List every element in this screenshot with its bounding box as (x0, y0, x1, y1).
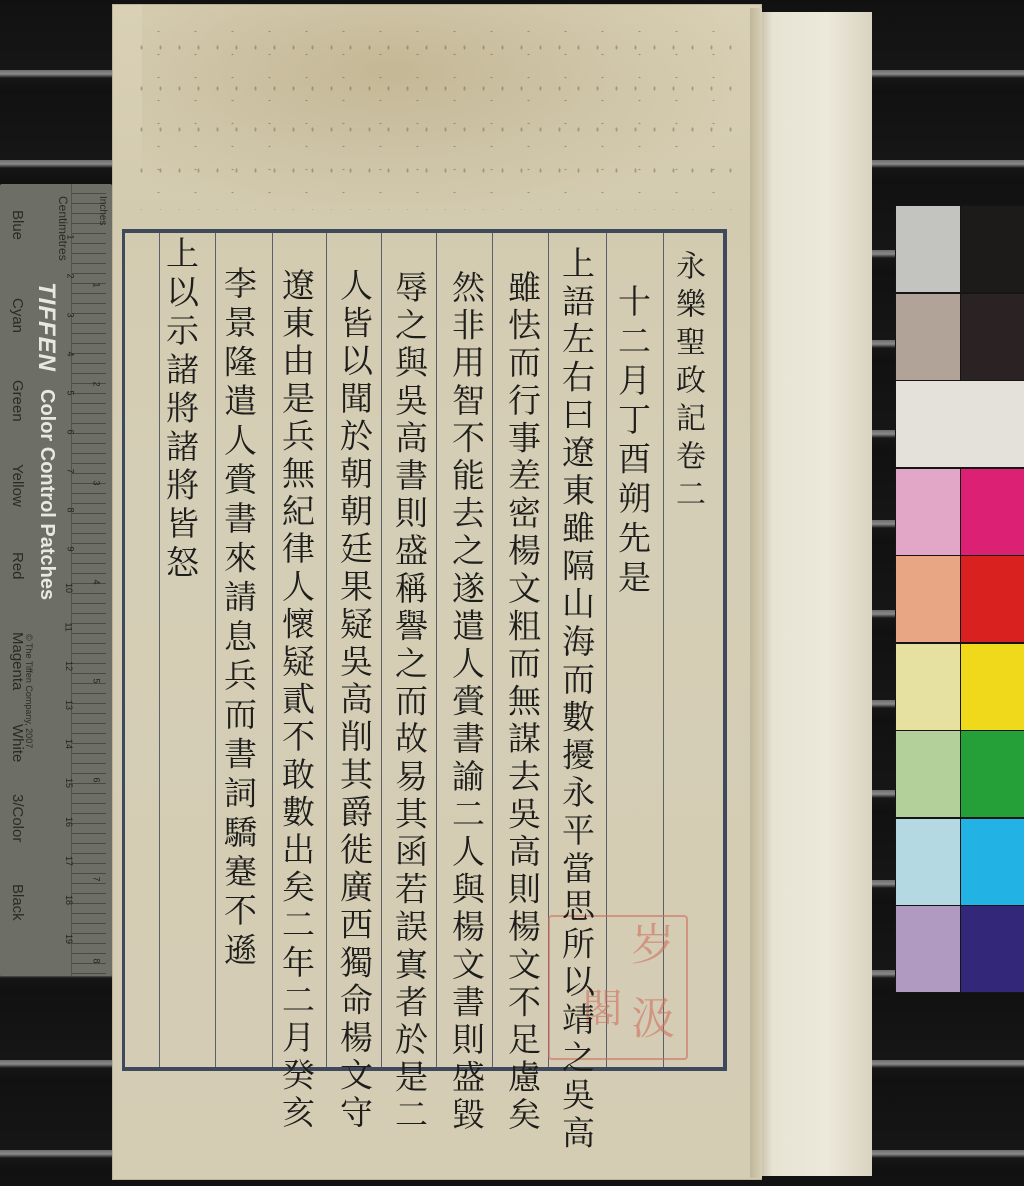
cm-tick: 3 (66, 312, 76, 317)
cm-tick: 13 (64, 700, 74, 710)
column-rule (215, 233, 216, 1067)
column-rule (326, 233, 327, 1067)
color-patch (895, 555, 961, 643)
label-red: Red (9, 552, 26, 580)
color-patch (960, 205, 1024, 293)
cm-tick: 7 (66, 468, 76, 473)
label-black: Black (9, 884, 26, 921)
color-patch-strip (893, 205, 1024, 995)
label-white: White (9, 724, 26, 762)
tiffen-color-card: Inches Centimetres TIFFEN Color Control … (0, 184, 112, 976)
text-column-6: 人皆以聞於朝朝廷果疑吳高削其爵徙廣西獨命楊文守 (338, 268, 371, 1133)
inch-tick: 4 (92, 579, 102, 584)
inch-tick: 7 (92, 876, 102, 881)
cm-tick: 14 (64, 739, 74, 749)
inch-tick: 6 (92, 777, 102, 782)
label-yellow: Yellow (9, 464, 26, 507)
color-patch (960, 293, 1024, 381)
color-patch (895, 205, 961, 293)
inch-tick: 5 (92, 678, 102, 683)
label-green: Green (9, 380, 26, 422)
color-patch (960, 905, 1024, 993)
label-cyan: Cyan (9, 298, 26, 333)
cm-tick: 1 (66, 234, 76, 239)
color-patch (895, 468, 961, 556)
column-rule (159, 233, 160, 1067)
text-column-8: 李景隆遣人賫書來請息兵而書詞驕蹇不遜 (222, 266, 255, 972)
cm-tick: 16 (64, 817, 74, 827)
cm-tick: 19 (64, 934, 74, 944)
column-rule (272, 233, 273, 1067)
cm-tick: 9 (66, 546, 76, 551)
color-patch (895, 818, 961, 906)
text-column-5: 辱之與吳高書則盛稱譽之而故易其函若誤寘者於是二 (393, 270, 426, 1135)
cm-tick: 11 (64, 622, 74, 631)
brand-logo: TIFFEN (32, 282, 60, 372)
text-column-4: 然非用智不能去之遂遣人賫書諭二人與楊文書則盛毀 (450, 270, 483, 1135)
color-patch (895, 293, 961, 381)
book-spine (762, 12, 872, 1176)
color-patch (895, 380, 1024, 468)
inch-tick: 8 (92, 958, 102, 963)
cm-tick: 18 (64, 895, 74, 905)
column-rule (492, 233, 493, 1067)
text-column-2: 上語左右曰遼東雖隔山海而數擾永平當思所以靖之吳高 (560, 246, 593, 1153)
text-column-1: 十二月丁酉朔先是 (616, 284, 649, 599)
inch-tick: 2 (92, 381, 102, 386)
cm-tick: 2 (66, 273, 76, 278)
color-patch (895, 643, 961, 731)
label-blue: Blue (9, 210, 26, 240)
cm-tick: 6 (66, 429, 76, 434)
cm-tick: 10 (64, 583, 74, 593)
color-patch (960, 468, 1024, 556)
inches-label: Inches (97, 196, 108, 225)
card-title: Color Control Patches (35, 389, 58, 600)
label-magenta: Magenta (9, 632, 26, 690)
inch-tick: 3 (92, 480, 102, 485)
text-column-9: 上以示諸將諸將皆怒 (164, 236, 197, 583)
text-column-3: 雖怯而行事差密楊文粗而無謀去吳高則楊文不足慮矣 (506, 270, 539, 1135)
text-column-7: 遼東由是兵無紀律人懷疑貳不敢數出矣二年二月癸亥 (280, 268, 313, 1133)
cm-tick: 17 (64, 856, 74, 866)
color-patch (960, 555, 1024, 643)
cm-tick: 5 (66, 390, 76, 395)
label-3color: 3/Color (9, 794, 26, 842)
cm-tick: 15 (64, 778, 74, 788)
column-rule (381, 233, 382, 1067)
cm-tick: 8 (66, 507, 76, 512)
column-rule (436, 233, 437, 1067)
seal-char: 岁 (616, 921, 680, 965)
centimetres-label: Centimetres (56, 196, 70, 261)
color-patch (895, 730, 961, 818)
color-patch (960, 643, 1024, 731)
color-patch (960, 730, 1024, 818)
page-edge (750, 8, 762, 1178)
cm-tick: 4 (66, 351, 76, 356)
color-patch (960, 818, 1024, 906)
inch-tick: 1 (92, 282, 102, 287)
color-patch (895, 905, 961, 993)
foxing-specks (140, 20, 740, 210)
cm-tick: 12 (64, 661, 74, 671)
document-title: 永樂聖政記卷二 (672, 250, 702, 516)
